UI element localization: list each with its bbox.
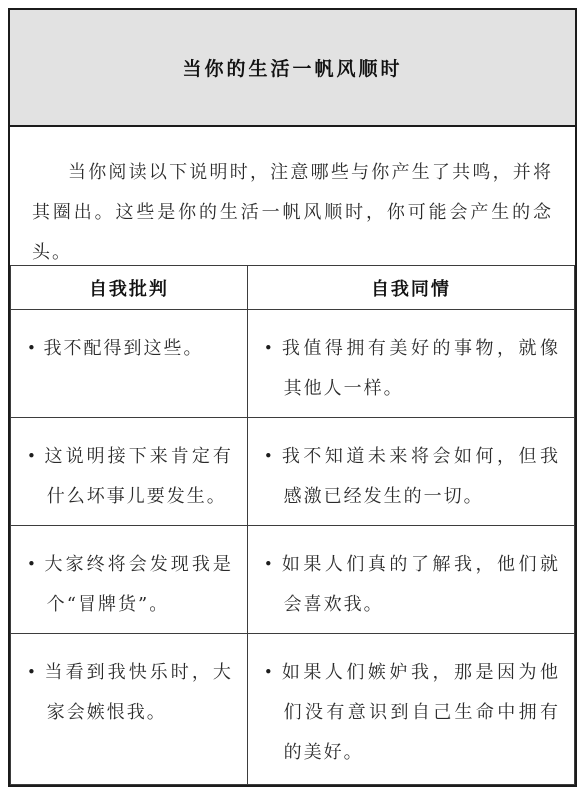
bullet-icon: • bbox=[264, 652, 281, 692]
cell-text: •我不配得到这些。 bbox=[27, 328, 233, 369]
table-row: •这说明接下来肯定有什么坏事儿要发生。 •我不知道未来将会如何，但我感激已经发生… bbox=[11, 417, 575, 525]
intro-section: 当你阅读以下说明时，注意哪些与你产生了共鸣，并将其圈出。这些是你的生活一帆风顺时… bbox=[10, 127, 575, 265]
bullet-icon: • bbox=[264, 544, 281, 584]
table-row: •大家终将会发现我是个“冒牌货”。 •如果人们真的了解我，他们就会喜欢我。 bbox=[11, 525, 575, 633]
statement-text: 我不配得到这些。 bbox=[44, 338, 204, 359]
self-criticism-cell: •大家终将会发现我是个“冒牌货”。 bbox=[11, 525, 248, 633]
bullet-icon: • bbox=[264, 328, 281, 368]
bullet-icon: • bbox=[27, 544, 44, 584]
cell-text: •我值得拥有美好的事物，就像其他人一样。 bbox=[264, 328, 560, 409]
table-row: •当看到我快乐时，大家会嫉恨我。 •如果人们嫉妒我，那是因为他们没有意识到自己生… bbox=[11, 633, 575, 784]
comparison-table: 自我批判 自我同情 •我不配得到这些。 •我值得拥有美好的事物，就像其他人一样。… bbox=[10, 265, 575, 785]
page-title: 当你的生活一帆风顺时 bbox=[182, 54, 402, 81]
column-header-self-compassion: 自我同情 bbox=[247, 266, 574, 310]
page-frame: 当你的生活一帆风顺时 当你阅读以下说明时，注意哪些与你产生了共鸣，并将其圈出。这… bbox=[8, 8, 577, 787]
statement-text: 大家终将会发现我是个“冒牌货”。 bbox=[44, 554, 233, 615]
bullet-icon: • bbox=[27, 652, 44, 692]
bullet-icon: • bbox=[27, 436, 44, 476]
cell-text: •如果人们嫉妒我，那是因为他们没有意识到自己生命中拥有的美好。 bbox=[264, 652, 560, 773]
self-criticism-cell: •这说明接下来肯定有什么坏事儿要发生。 bbox=[11, 417, 248, 525]
self-criticism-cell: •当看到我快乐时，大家会嫉恨我。 bbox=[11, 633, 248, 784]
worksheet-page: 当你的生活一帆风顺时 当你阅读以下说明时，注意哪些与你产生了共鸣，并将其圈出。这… bbox=[0, 0, 585, 797]
bullet-icon: • bbox=[264, 436, 281, 476]
self-compassion-cell: •如果人们嫉妒我，那是因为他们没有意识到自己生命中拥有的美好。 bbox=[247, 633, 574, 784]
cell-text: •我不知道未来将会如何，但我感激已经发生的一切。 bbox=[264, 436, 560, 517]
statement-text: 当看到我快乐时，大家会嫉恨我。 bbox=[44, 662, 233, 723]
statement-text: 这说明接下来肯定有什么坏事儿要发生。 bbox=[44, 446, 233, 507]
statement-text: 我值得拥有美好的事物，就像其他人一样。 bbox=[280, 338, 560, 399]
cell-text: •大家终将会发现我是个“冒牌货”。 bbox=[27, 544, 233, 625]
statement-text: 我不知道未来将会如何，但我感激已经发生的一切。 bbox=[280, 446, 560, 507]
self-compassion-cell: •我值得拥有美好的事物，就像其他人一样。 bbox=[247, 310, 574, 418]
cell-text: •这说明接下来肯定有什么坏事儿要发生。 bbox=[27, 436, 233, 517]
self-compassion-cell: •如果人们真的了解我，他们就会喜欢我。 bbox=[247, 525, 574, 633]
self-criticism-cell: •我不配得到这些。 bbox=[11, 310, 248, 418]
table-header-row: 自我批判 自我同情 bbox=[11, 266, 575, 310]
worksheet-header: 当你的生活一帆风顺时 bbox=[10, 10, 575, 127]
intro-paragraph: 当你阅读以下说明时，注意哪些与你产生了共鸣，并将其圈出。这些是你的生活一帆风顺时… bbox=[32, 153, 553, 265]
statement-text: 如果人们真的了解我，他们就会喜欢我。 bbox=[280, 554, 560, 615]
column-header-self-criticism: 自我批判 bbox=[11, 266, 248, 310]
cell-text: •如果人们真的了解我，他们就会喜欢我。 bbox=[264, 544, 560, 625]
bullet-icon: • bbox=[27, 328, 44, 368]
statement-text: 如果人们嫉妒我，那是因为他们没有意识到自己生命中拥有的美好。 bbox=[280, 662, 560, 763]
cell-text: •当看到我快乐时，大家会嫉恨我。 bbox=[27, 652, 233, 733]
self-compassion-cell: •我不知道未来将会如何，但我感激已经发生的一切。 bbox=[247, 417, 574, 525]
table-row: •我不配得到这些。 •我值得拥有美好的事物，就像其他人一样。 bbox=[11, 310, 575, 418]
